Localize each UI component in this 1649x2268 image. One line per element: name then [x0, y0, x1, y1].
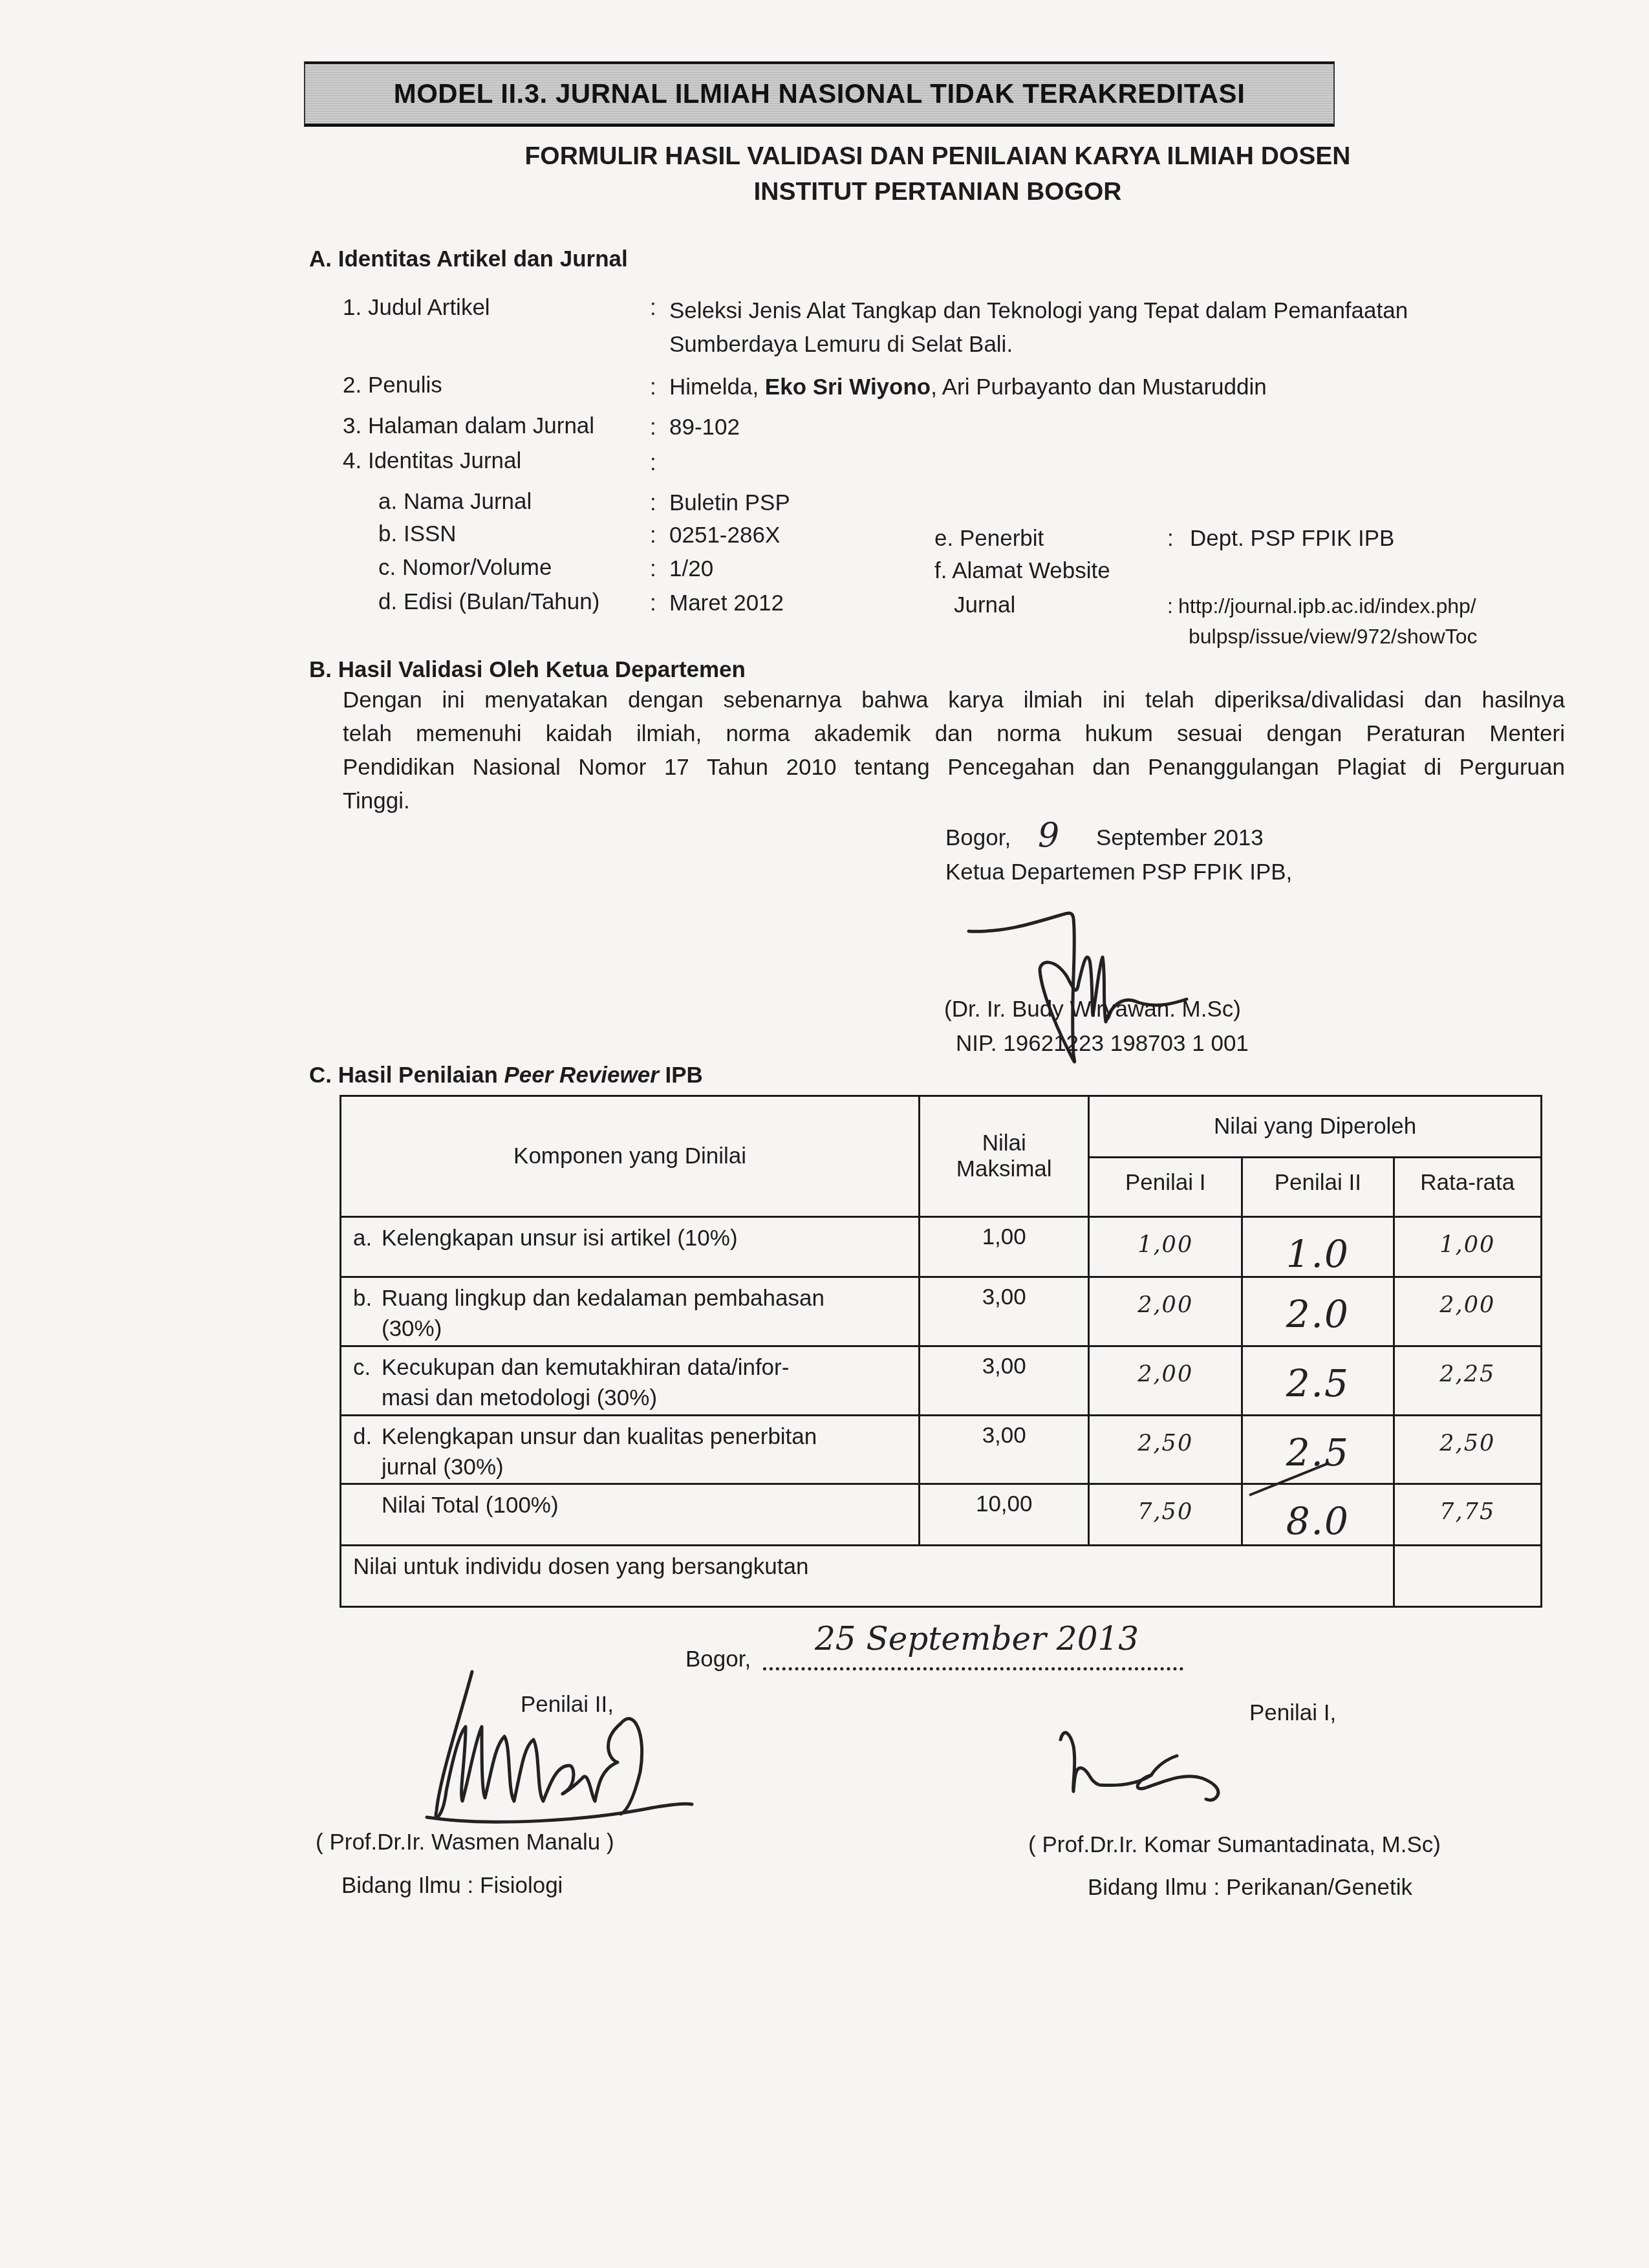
- component-text-cont: (30%): [353, 1313, 909, 1344]
- reviewer1-field: Bidang Ilmu : Perikanan/Genetik: [1088, 1874, 1412, 1901]
- table-row: a.Kelengkapan unsur isi artikel (10%) 1,…: [341, 1217, 1542, 1277]
- reviewer2-score: 2.5: [1242, 1416, 1394, 1484]
- author-highlighted: Eko Sri Wiyono: [765, 374, 931, 400]
- total-average: 7,75: [1394, 1484, 1541, 1545]
- authors-pre: Himelda,: [669, 374, 765, 400]
- publisher-value: Dept. PSP FPIK IPB: [1190, 525, 1394, 552]
- reviewer2-score: 1.0: [1242, 1217, 1394, 1277]
- component-letter: d.: [353, 1421, 382, 1452]
- table-row: c.Kecukupan dan kemutakhiran data/infor-…: [341, 1346, 1542, 1416]
- total-reviewer2: 8.0: [1242, 1484, 1394, 1545]
- average-score: 2,00: [1394, 1277, 1541, 1346]
- component-cell: d.Kelengkapan unsur dan kualitas penerbi…: [341, 1416, 920, 1484]
- max-score: 1,00: [920, 1217, 1089, 1277]
- colon: :: [650, 374, 656, 401]
- reviewer1-role: Penilai I,: [1249, 1700, 1336, 1727]
- assessment-table: Komponen yang Dinilai Nilai Maksimal Nil…: [339, 1095, 1542, 1608]
- validation-day-handwritten: 9: [1038, 816, 1059, 855]
- label-issn: b. ISSN: [378, 521, 457, 548]
- max-score: 3,00: [920, 1346, 1089, 1416]
- signature-reviewer1: [1054, 1720, 1235, 1811]
- colon: :: [650, 414, 656, 441]
- colon: :: [650, 490, 656, 517]
- header-reviewer2: Penilai II: [1242, 1158, 1394, 1217]
- reviewer2-field: Bidang Ilmu : Fisiologi: [341, 1872, 563, 1899]
- label-identitas-jurnal: 4. Identitas Jurnal: [343, 448, 521, 475]
- component-text: Kelengkapan unsur dan kualitas penerbita…: [382, 1424, 817, 1449]
- header-max-score: Nilai Maksimal: [920, 1096, 1089, 1217]
- header-max-line1: Nilai: [920, 1130, 1088, 1156]
- signature-date-handwritten: 25 September 2013: [815, 1620, 1139, 1658]
- table-row-total: Nilai Total (100%) 10,00 7,50 8.0 7,75: [341, 1484, 1542, 1545]
- colon: :: [1167, 525, 1174, 552]
- component-cell: c.Kecukupan dan kemutakhiran data/infor-…: [341, 1346, 920, 1416]
- individual-value: [1394, 1545, 1541, 1606]
- colon: :: [650, 590, 656, 617]
- reviewer1-score: 2,00: [1089, 1277, 1242, 1346]
- validation-place: Bogor,: [945, 825, 1011, 852]
- total-label: Nilai Total (100%): [353, 1490, 909, 1520]
- validation-statement: Dengan ini menyatakan dengan sebenarnya …: [343, 687, 1565, 821]
- edition-value: Maret 2012: [669, 590, 784, 617]
- component-text-cont: jurnal (30%): [353, 1452, 909, 1482]
- pages-value: 89-102: [669, 414, 740, 441]
- header-obtained: Nilai yang Diperoleh: [1089, 1096, 1542, 1158]
- total-reviewer1: 7,50: [1089, 1484, 1242, 1545]
- max-score: 3,00: [920, 1416, 1089, 1484]
- website-url-line2[interactable]: bulpsp/issue/view/972/showToc: [1189, 624, 1477, 649]
- statement-line: Pendidikan Nasional Nomor 17 Tahun 2010 …: [343, 754, 1565, 788]
- component-cell: a.Kelengkapan unsur isi artikel (10%): [341, 1217, 920, 1277]
- component-text-cont: masi dan metodologi (30%): [353, 1383, 909, 1413]
- average-score: 1,00: [1394, 1217, 1541, 1277]
- journal-name: Buletin PSP: [669, 490, 790, 517]
- total-label-cell: Nilai Total (100%): [341, 1484, 920, 1545]
- colon: :: [650, 522, 656, 549]
- component-text: Ruang lingkup dan kedalaman pembahasan: [382, 1286, 824, 1311]
- date-dotted-line: [763, 1661, 1183, 1670]
- header-average: Rata-rata: [1394, 1158, 1541, 1217]
- website-url-line1[interactable]: http://journal.ipb.ac.id/index.php/: [1178, 594, 1476, 618]
- section-b-heading: B. Hasil Validasi Oleh Ketua Departemen: [309, 656, 746, 684]
- colon: :: [1167, 594, 1173, 618]
- volume-value: 1/20: [669, 556, 713, 583]
- model-title: MODEL II.3. JURNAL ILMIAH NASIONAL TIDAK…: [394, 78, 1245, 109]
- section-c-heading-italic: Peer Reviewer: [504, 1063, 659, 1088]
- head-name: (Dr. Ir. Budy Wiryawan. M.Sc): [944, 996, 1241, 1023]
- section-c-heading-pre: C. Hasil Penilaian: [309, 1063, 504, 1088]
- component-text: Kelengkapan unsur isi artikel (10%): [382, 1226, 738, 1251]
- label-nomor-volume: c. Nomor/Volume: [378, 554, 552, 581]
- article-title-line2: Sumberdaya Lemuru di Selat Bali.: [669, 331, 1013, 358]
- reviewer1-score: 2,00: [1089, 1346, 1242, 1416]
- reviewer2-score: 2.5: [1242, 1346, 1394, 1416]
- label-judul-artikel: 1. Judul Artikel: [343, 294, 490, 321]
- institution-title: INSTITUT PERTANIAN BOGOR: [0, 178, 1649, 206]
- label-halaman: 3. Halaman dalam Jurnal: [343, 413, 594, 440]
- section-a-heading: A. Identitas Artikel dan Jurnal: [309, 246, 628, 273]
- reviewer1-score: 2,50: [1089, 1416, 1242, 1484]
- table-row: d.Kelengkapan unsur dan kualitas penerbi…: [341, 1416, 1542, 1484]
- label-website: f. Alamat Website: [934, 557, 1110, 585]
- colon: :: [650, 294, 656, 321]
- label-website-jurnal: Jurnal: [954, 592, 1015, 619]
- component-text: Kecukupan dan kemutakhiran data/infor-: [382, 1355, 789, 1380]
- reviewer2-score: 2.0: [1242, 1277, 1394, 1346]
- statement-line: Tinggi.: [343, 788, 1565, 821]
- model-banner: MODEL II.3. JURNAL ILMIAH NASIONAL TIDAK…: [304, 61, 1335, 127]
- label-penulis: 2. Penulis: [343, 372, 442, 399]
- table-row: b.Ruang lingkup dan kedalaman pembahasan…: [341, 1277, 1542, 1346]
- header-max-line2: Maksimal: [920, 1156, 1088, 1182]
- statement-line: Dengan ini menyatakan dengan sebenarnya …: [343, 687, 1565, 720]
- signature-reviewer2: [362, 1662, 789, 1830]
- average-score: 2,50: [1394, 1416, 1541, 1484]
- authors-post: , Ari Purbayanto dan Mustaruddin: [931, 374, 1266, 400]
- component-cell: b.Ruang lingkup dan kedalaman pembahasan…: [341, 1277, 920, 1346]
- reviewer1-name: ( Prof.Dr.Ir. Komar Sumantadinata, M.Sc): [1028, 1831, 1441, 1859]
- article-title-line1: Seleksi Jenis Alat Tangkap dan Teknologi…: [669, 297, 1408, 325]
- section-c-heading-post: IPB: [659, 1063, 703, 1088]
- validation-month-year: September 2013: [1096, 825, 1264, 852]
- colon: :: [650, 449, 656, 477]
- component-letter: b.: [353, 1283, 382, 1313]
- colon: :: [650, 556, 656, 583]
- label-penerbit: e. Penerbit: [934, 525, 1044, 552]
- statement-line: telah memenuhi kaidah ilmiah, norma akad…: [343, 720, 1565, 754]
- form-title: FORMULIR HASIL VALIDASI DAN PENILAIAN KA…: [0, 142, 1649, 171]
- reviewer1-score: 1,00: [1089, 1217, 1242, 1277]
- individual-label: Nilai untuk individu dosen yang bersangk…: [341, 1545, 1394, 1606]
- max-score: 3,00: [920, 1277, 1089, 1346]
- head-nip: NIP. 19621223 198703 1 001: [956, 1030, 1249, 1057]
- table-row-individual: Nilai untuk individu dosen yang bersangk…: [341, 1545, 1542, 1606]
- issn-value: 0251-286X: [669, 522, 780, 549]
- head-position: Ketua Departemen PSP FPIK IPB,: [945, 859, 1292, 886]
- section-c-heading: C. Hasil Penilaian Peer Reviewer IPB: [309, 1062, 703, 1089]
- authors: Himelda, Eko Sri Wiyono, Ari Purbayanto …: [669, 374, 1267, 401]
- label-nama-jurnal: a. Nama Jurnal: [378, 488, 532, 515]
- average-score: 2,25: [1394, 1346, 1541, 1416]
- component-letter: c.: [353, 1352, 382, 1383]
- label-edisi: d. Edisi (Bulan/Tahun): [378, 589, 599, 616]
- total-reviewer2-value: 8.0: [1286, 1499, 1350, 1543]
- header-component: Komponen yang Dinilai: [341, 1096, 920, 1217]
- reviewer2-name: ( Prof.Dr.Ir. Wasmen Manalu ): [316, 1829, 614, 1856]
- total-max: 10,00: [920, 1484, 1089, 1545]
- component-letter: a.: [353, 1223, 382, 1253]
- header-reviewer1: Penilai I: [1089, 1158, 1242, 1217]
